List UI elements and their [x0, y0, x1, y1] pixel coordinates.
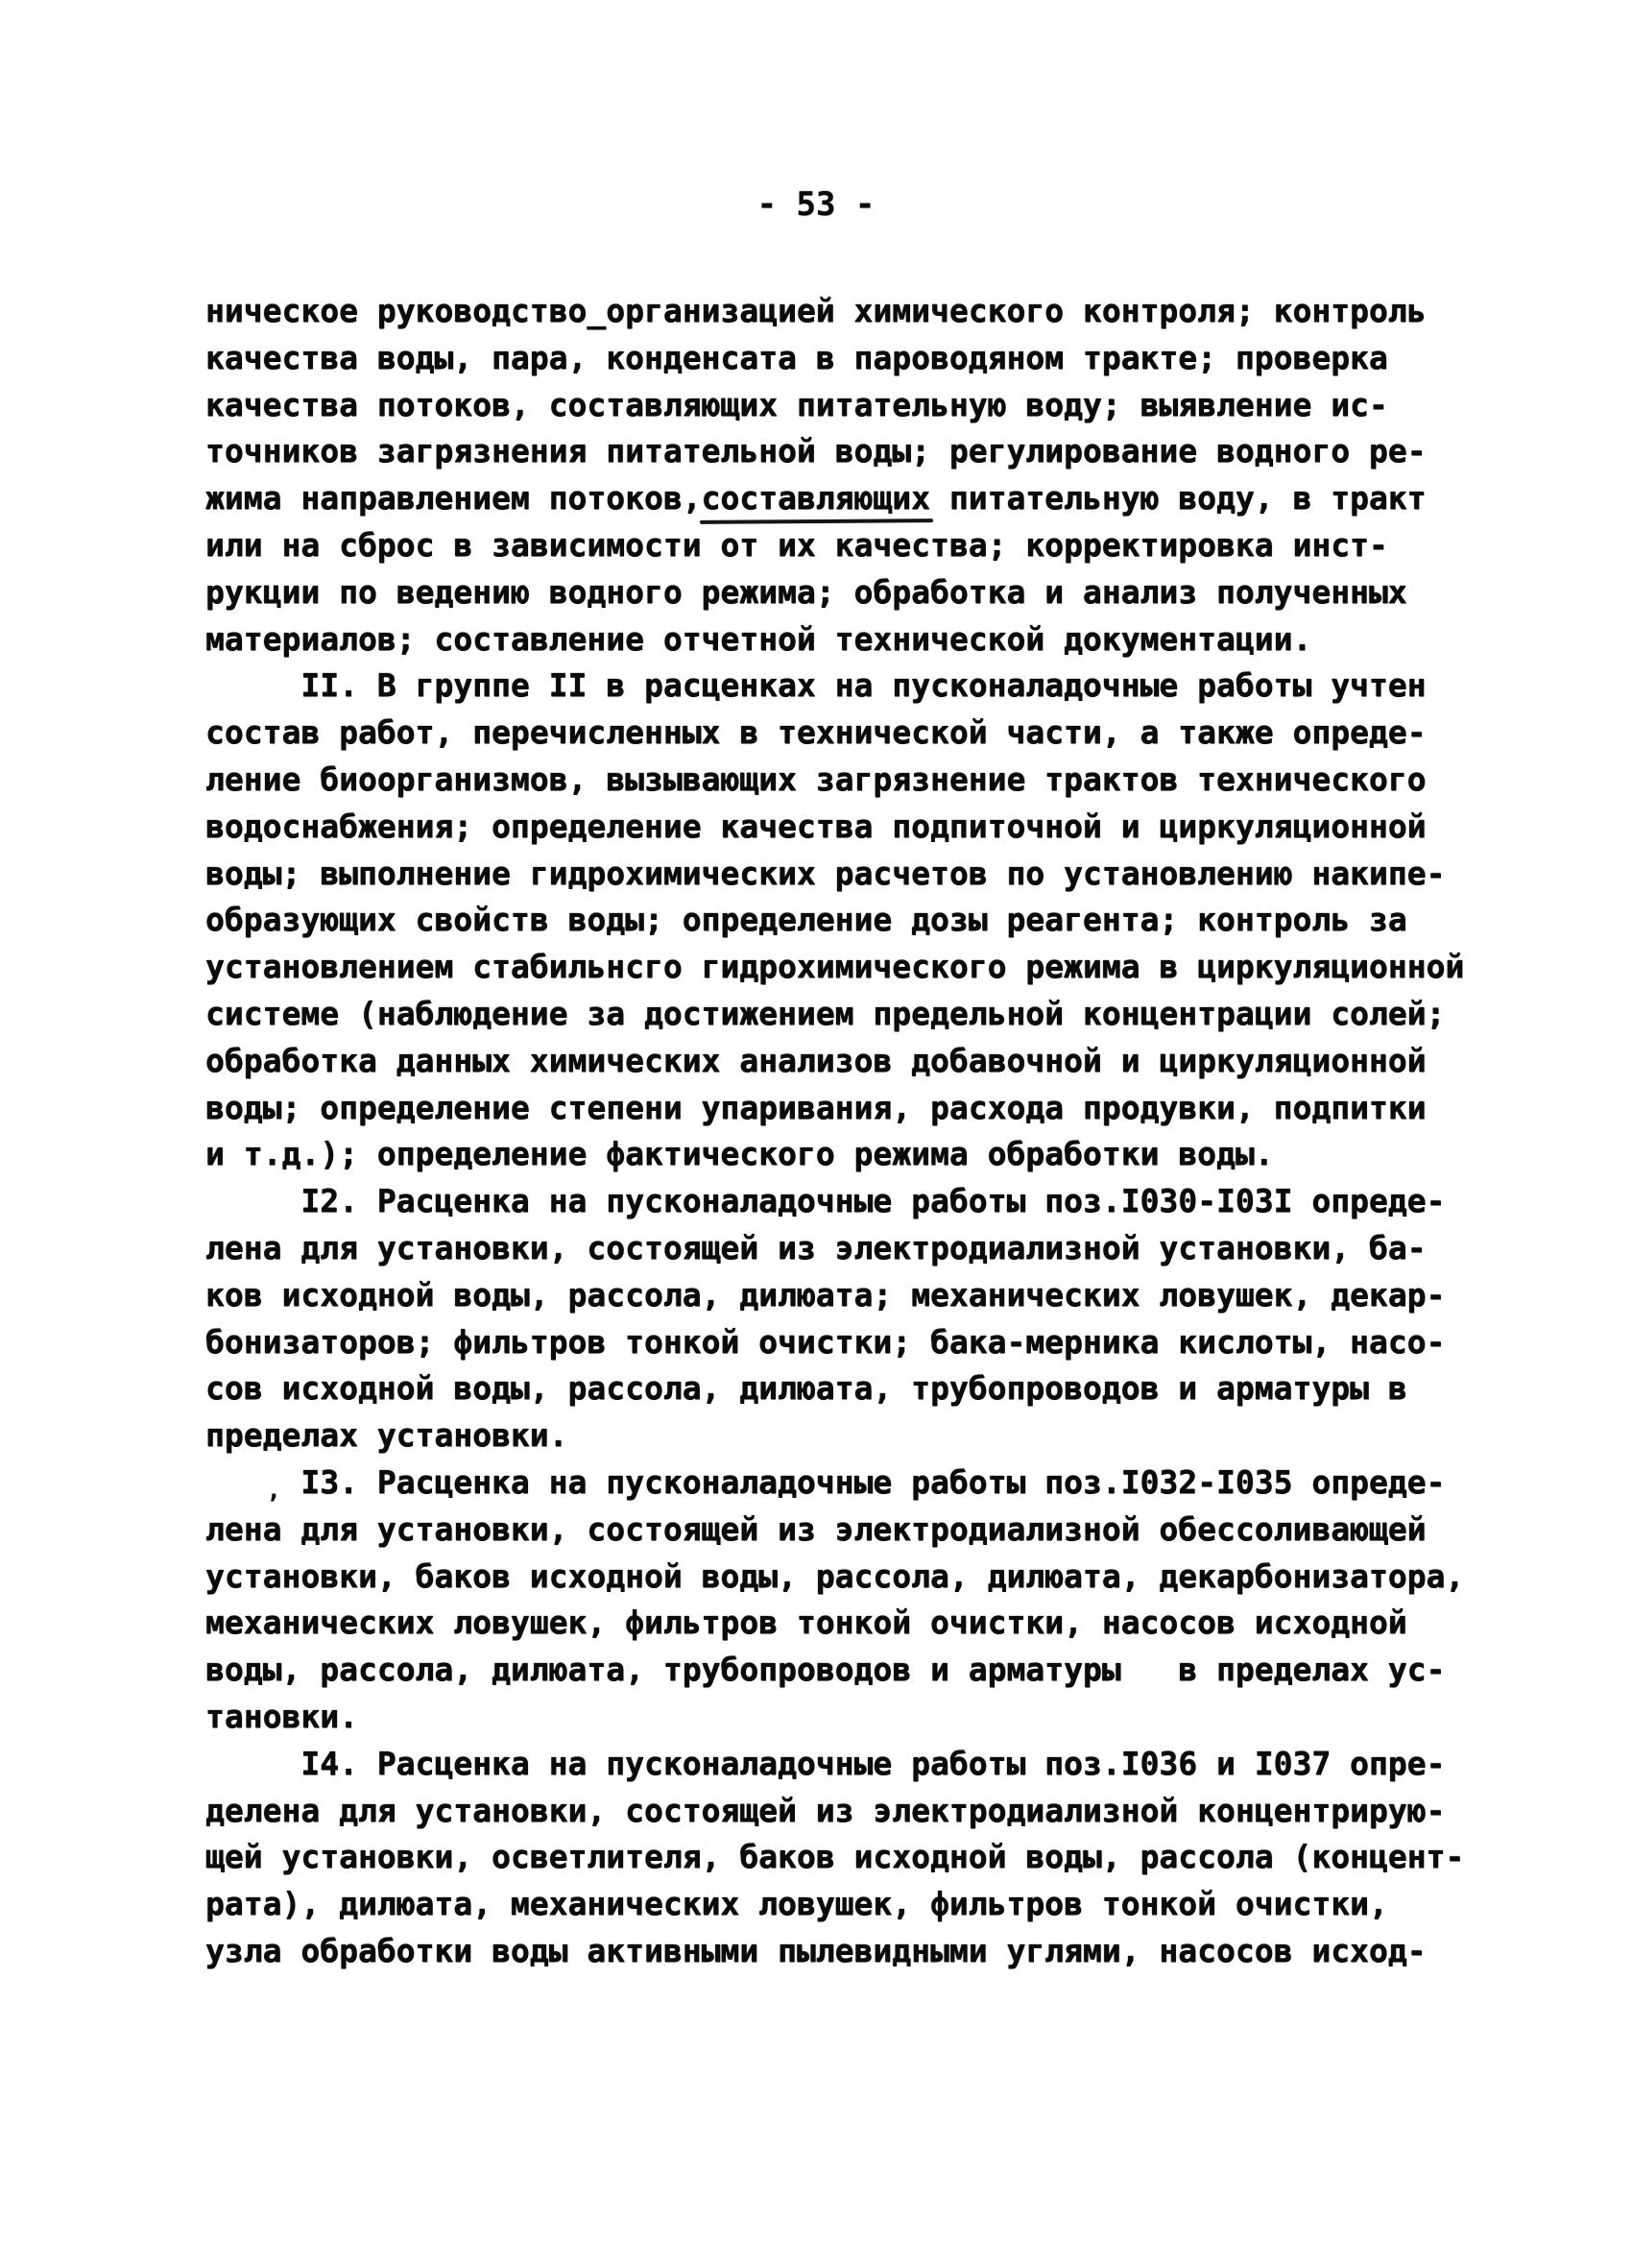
text-line: ков исходной воды, рассола, дилюата; мех…: [205, 1272, 1530, 1319]
text-line: II. В группе II в расценках на пусконала…: [205, 663, 1530, 710]
text-line: лена для установки, состоящей из электро…: [205, 1225, 1530, 1272]
text-line: делена для установки, состоящей из элект…: [205, 1788, 1530, 1835]
text-line: ническое руководство_организацией химиче…: [205, 288, 1530, 335]
document-page: - 53 - ническое руководство_организацией…: [0, 0, 1632, 2268]
text-line: воды, рассола, дилюата, трубопроводов и …: [205, 1647, 1530, 1694]
text-line: системе (наблюдение за достижением преде…: [205, 991, 1530, 1038]
text-line: качества воды, пара, конденсата в парово…: [205, 335, 1530, 382]
text-line: водоснабжения; определение качества подп…: [205, 804, 1530, 851]
text-line: воды; определение степени упаривания, ра…: [205, 1085, 1530, 1132]
text-line: установки, баков исходной воды, рассола,…: [205, 1554, 1530, 1601]
text-line: материалов; составление отчетной техниче…: [205, 616, 1530, 664]
text-line: качества потоков, составляющих питательн…: [205, 382, 1530, 429]
text-line: ление биоорганизмов, вызывающих загрязне…: [205, 757, 1530, 804]
text-block: ническое руководство_организацией химиче…: [205, 288, 1530, 1975]
text-line: или на сброс в зависимости от их качеств…: [205, 522, 1530, 569]
stray-mark-artifact: ,: [267, 1477, 280, 1504]
text-line: бонизаторов; фильтров тонкой очистки; ба…: [205, 1319, 1530, 1366]
text-line: рата), дилюата, механических ловушек, фи…: [205, 1881, 1530, 1928]
text-line: воды; выполнение гидрохимических расчето…: [205, 851, 1530, 898]
text-line: I4. Расценка на пусконаладочные работы п…: [205, 1741, 1530, 1788]
text-line: жима направлением потоков,составляющих п…: [205, 475, 1530, 522]
text-line: тановки.: [205, 1694, 1530, 1741]
text-line: лена для установки, состоящей из электро…: [205, 1507, 1530, 1554]
text-line: щей установки, осветлителя, баков исходн…: [205, 1834, 1530, 1881]
text-line: I3. Расценка на пусконаладочные работы п…: [205, 1460, 1530, 1507]
text-line: и т.д.); определение фактического режима…: [205, 1131, 1530, 1178]
text-line: состав работ, перечисленных в техническо…: [205, 710, 1530, 757]
text-line: узла обработки воды активными пылевидным…: [205, 1928, 1530, 1975]
text-line: рукции по ведению водного режима; обрабо…: [205, 569, 1530, 616]
text-line: механических ловушек, фильтров тонкой оч…: [205, 1600, 1530, 1647]
page-number: - 53 -: [0, 185, 1632, 224]
text-line: сов исходной воды, рассола, дилюата, тру…: [205, 1365, 1530, 1412]
text-line: пределах установки.: [205, 1412, 1530, 1460]
text-line: I2. Расценка на пусконаладочные работы п…: [205, 1178, 1530, 1225]
text-line: образующих свойств воды; определение доз…: [205, 897, 1530, 944]
text-line: обработка данных химических анализов доб…: [205, 1038, 1530, 1085]
text-line: точников загрязнения питательной воды; р…: [205, 428, 1530, 475]
text-line: установлением стабильнсго гидрохимическо…: [205, 944, 1530, 991]
